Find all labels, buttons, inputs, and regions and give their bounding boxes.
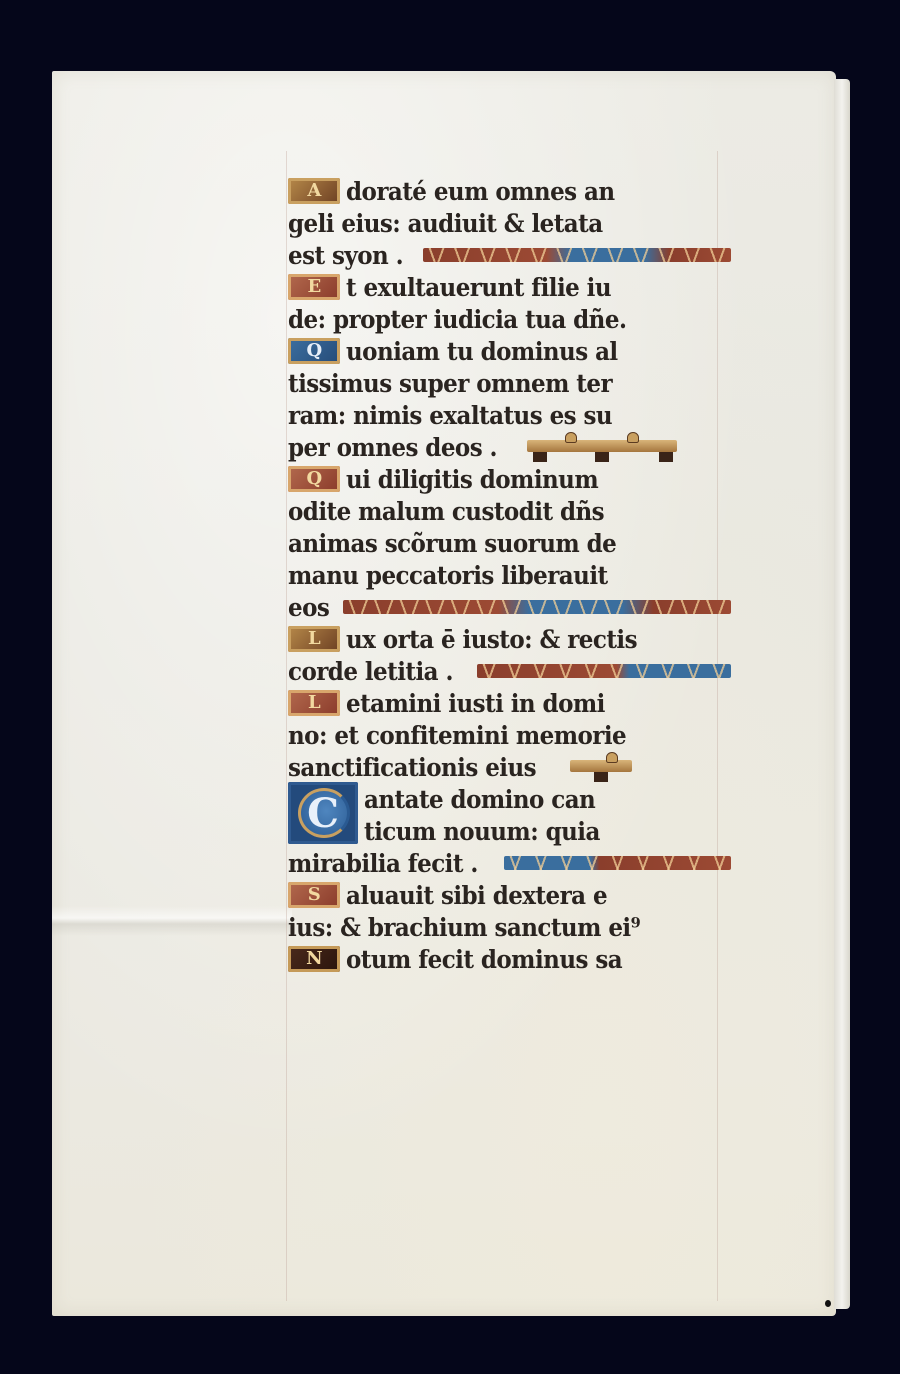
text-line: tissimus super omnem ter bbox=[288, 366, 733, 398]
line-text: geli eius: audiuit & letata bbox=[288, 210, 603, 238]
line-text: corde letitia . bbox=[288, 658, 453, 686]
bar-leg bbox=[595, 452, 609, 462]
line-filler bbox=[504, 856, 731, 870]
leaf-edge bbox=[834, 79, 850, 1309]
gold-line-filler bbox=[527, 440, 677, 452]
line-text: mirabilia fecit . bbox=[288, 850, 478, 878]
text-line: per omnes deos . bbox=[288, 430, 733, 462]
bar-leg bbox=[533, 452, 547, 462]
text-line: sanctificationis eius bbox=[288, 750, 733, 782]
text-line: S aluauit sibi dextera e bbox=[288, 878, 733, 910]
line-text: odite malum custodit dñs bbox=[288, 498, 604, 526]
text-line: A doraté eum omnes an bbox=[288, 174, 733, 206]
line-text: per omnes deos . bbox=[288, 434, 497, 462]
text-line: N otum fecit dominus sa bbox=[288, 942, 733, 974]
line-text: ram: nimis exaltatus es su bbox=[288, 402, 612, 430]
text-line: manu peccatoris liberauit bbox=[288, 558, 733, 590]
bar-leg bbox=[659, 452, 673, 462]
text-line: L ux orta ē iusto: & rectis bbox=[288, 622, 733, 654]
line-text: ticum nouum: quia bbox=[364, 818, 600, 846]
line-text: sanctificationis eius bbox=[288, 754, 536, 782]
knob-ornament bbox=[606, 752, 618, 763]
illuminated-initial: L bbox=[288, 626, 340, 652]
illuminated-initial: Q bbox=[288, 466, 340, 492]
text-line: animas scõrum suorum de bbox=[288, 526, 733, 558]
line-text: etamini iusti in domi bbox=[346, 690, 605, 718]
text-line: Q ui diligitis dominum bbox=[288, 462, 733, 494]
ruling-line-left bbox=[286, 151, 287, 1301]
initial-letter: C bbox=[307, 790, 339, 837]
text-line: ram: nimis exaltatus es su bbox=[288, 398, 733, 430]
text-line: odite malum custodit dñs bbox=[288, 494, 733, 526]
line-text: ius: & brachium sanctum ei⁹ bbox=[288, 914, 640, 942]
text-line: est syon . bbox=[288, 238, 733, 270]
parchment-hole bbox=[825, 1300, 831, 1307]
line-filler bbox=[477, 664, 731, 678]
text-line: ius: & brachium sanctum ei⁹ bbox=[288, 910, 733, 942]
line-filler bbox=[343, 600, 731, 614]
text-line: geli eius: audiuit & letata bbox=[288, 206, 733, 238]
text-block: A doraté eum omnes an geli eius: audiuit… bbox=[288, 174, 733, 974]
text-line: mirabilia fecit . bbox=[288, 846, 733, 878]
knob-ornament bbox=[627, 432, 639, 443]
text-line: L etamini iusti in domi bbox=[288, 686, 733, 718]
fold-crease bbox=[52, 906, 292, 936]
text-line: E t exultauerunt filie iu bbox=[288, 270, 733, 302]
line-text: de: propter iudicia tua dñe. bbox=[288, 306, 626, 334]
line-text: manu peccatoris liberauit bbox=[288, 562, 608, 590]
line-text: doraté eum omnes an bbox=[346, 178, 615, 206]
text-line: eos bbox=[288, 590, 733, 622]
illuminated-initial: Q bbox=[288, 338, 340, 364]
line-text: no: et confitemini memorie bbox=[288, 722, 626, 750]
knob-ornament bbox=[565, 432, 577, 443]
text-line: Q uoniam tu dominus al bbox=[288, 334, 733, 366]
line-filler bbox=[423, 248, 731, 262]
line-text: ux orta ē iusto: & rectis bbox=[346, 626, 637, 654]
line-text: ui diligitis dominum bbox=[346, 466, 598, 494]
illuminated-initial: L bbox=[288, 690, 340, 716]
photo-background: A doraté eum omnes an geli eius: audiuit… bbox=[0, 0, 900, 1374]
manuscript-leaf: A doraté eum omnes an geli eius: audiuit… bbox=[52, 71, 836, 1316]
bar-leg bbox=[594, 772, 608, 782]
illuminated-initial: N bbox=[288, 946, 340, 972]
line-text: t exultauerunt filie iu bbox=[346, 274, 611, 302]
text-line: corde letitia . bbox=[288, 654, 733, 686]
line-text: animas scõrum suorum de bbox=[288, 530, 616, 558]
line-text: est syon . bbox=[288, 242, 403, 270]
text-line: ticum nouum: quia bbox=[288, 814, 733, 846]
text-line: antate domino can bbox=[288, 782, 733, 814]
large-initial-block: C antate domino can ticum nouum: quia bbox=[288, 782, 733, 846]
line-text: eos bbox=[288, 594, 329, 622]
gold-line-filler bbox=[570, 760, 632, 772]
illuminated-initial: A bbox=[288, 178, 340, 204]
text-line: de: propter iudicia tua dñe. bbox=[288, 302, 733, 334]
text-line: no: et confitemini memorie bbox=[288, 718, 733, 750]
illuminated-initial: E bbox=[288, 274, 340, 300]
illuminated-initial: S bbox=[288, 882, 340, 908]
line-text: otum fecit dominus sa bbox=[346, 946, 622, 974]
line-text: tissimus super omnem ter bbox=[288, 370, 612, 398]
line-text: aluauit sibi dextera e bbox=[346, 882, 607, 910]
line-text: uoniam tu dominus al bbox=[346, 338, 618, 366]
line-text: antate domino can bbox=[364, 786, 595, 814]
